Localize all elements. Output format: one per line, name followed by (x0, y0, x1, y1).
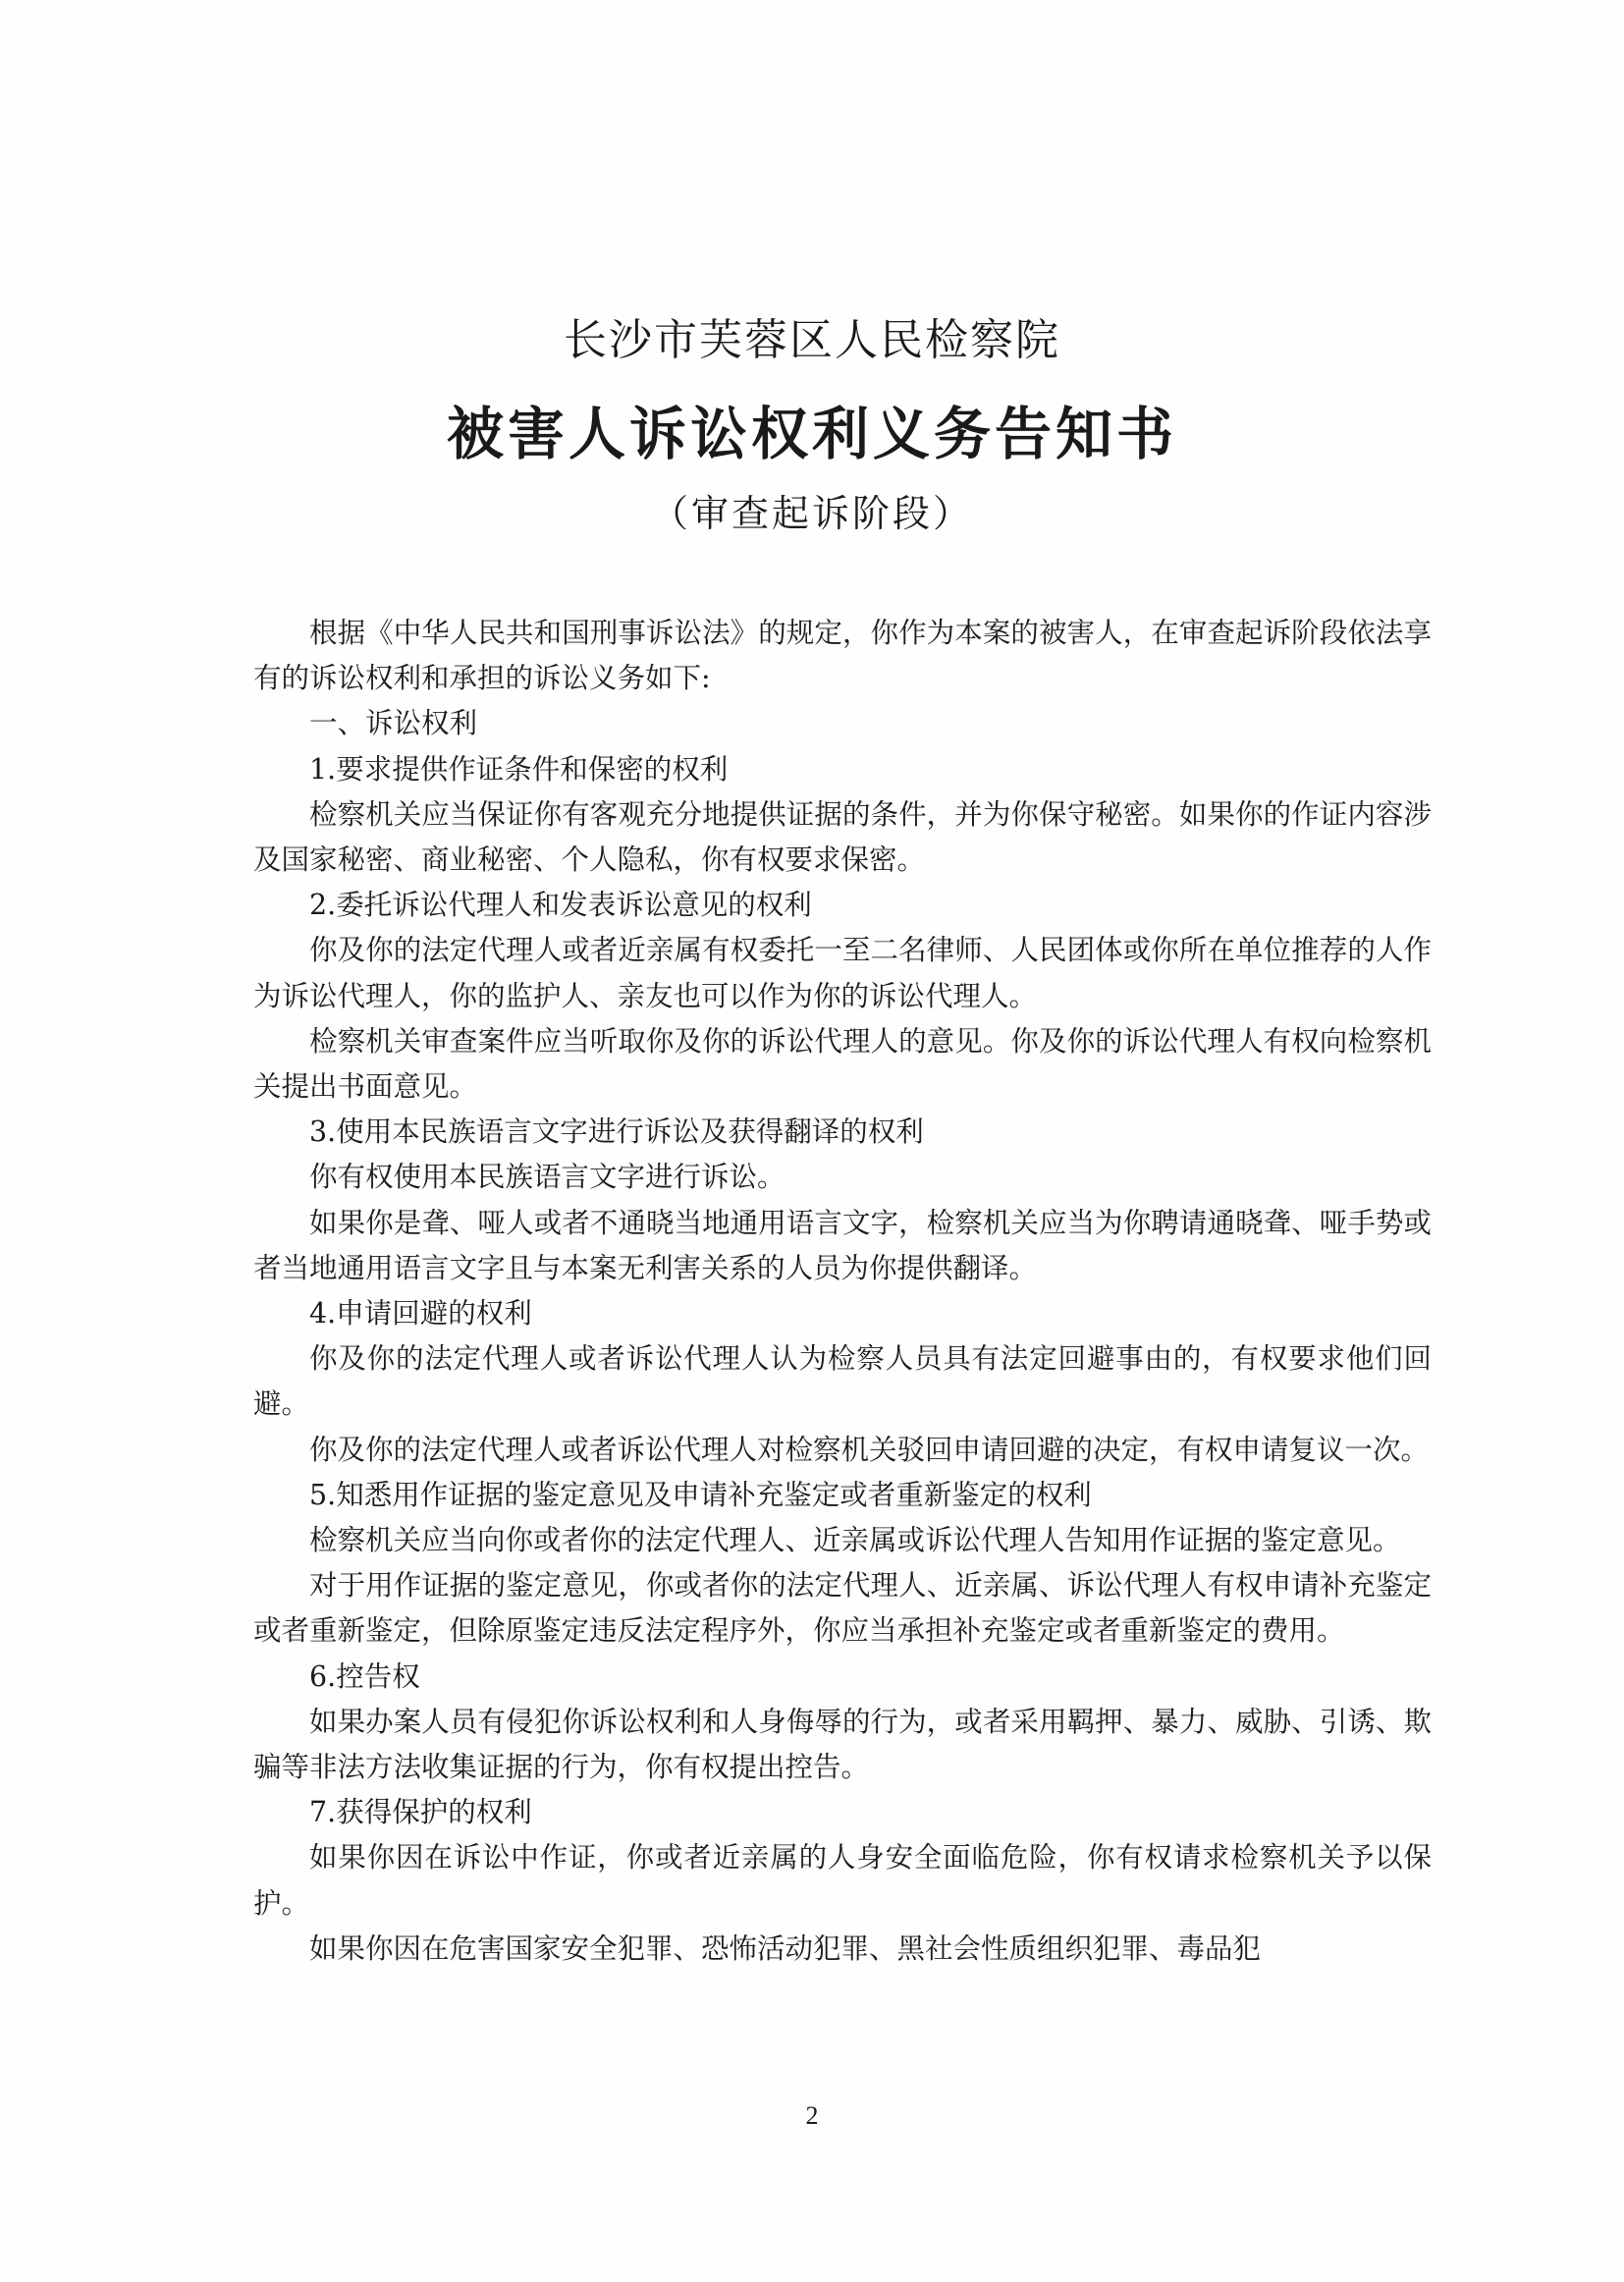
section-heading: 一、诉讼权利 (253, 701, 1432, 746)
paragraph: 检察机关应当向你或者你的法定代理人、近亲属或诉讼代理人告知用作证据的鉴定意见。 (253, 1518, 1432, 1563)
item-heading: 4.申请回避的权利 (253, 1291, 1432, 1336)
paragraph: 如果办案人员有侵犯你诉讼权利和人身侮辱的行为，或者采用羁押、暴力、威胁、引诱、欺… (253, 1700, 1432, 1790)
paragraph: 如果你是聋、哑人或者不通晓当地通用语言文字，检察机关应当为你聘请通晓聋、哑手势或… (253, 1201, 1432, 1291)
document-subtitle: （审查起诉阶段） (0, 483, 1624, 537)
document-page: 长沙市芙蓉区人民检察院 被害人诉讼权利义务告知书 （审查起诉阶段） 根据《中华人… (0, 0, 1624, 2282)
document-body: 根据《中华人民共和国刑事诉讼法》的规定，你作为本案的被害人，在审查起诉阶段依法享… (253, 611, 1432, 1972)
document-title: 被害人诉讼权利义务告知书 (0, 388, 1624, 470)
item-heading: 5.知悉用作证据的鉴定意见及申请补充鉴定或者重新鉴定的权利 (253, 1473, 1432, 1518)
paragraph: 如果你因在诉讼中作证，你或者近亲属的人身安全面临危险，你有权请求检察机关予以保护… (253, 1835, 1432, 1926)
paragraph: 你及你的法定代理人或者诉讼代理人认为检察人员具有法定回避事由的，有权要求他们回避… (253, 1336, 1432, 1427)
item-heading: 3.使用本民族语言文字进行诉讼及获得翻译的权利 (253, 1110, 1432, 1155)
item-heading: 2.委托诉讼代理人和发表诉讼意见的权利 (253, 883, 1432, 928)
paragraph: 检察机关审查案件应当听取你及你的诉讼代理人的意见。你及你的诉讼代理人有权向检察机… (253, 1019, 1432, 1110)
paragraph: 你及你的法定代理人或者近亲属有权委托一至二名律师、人民团体或你所在单位推荐的人作… (253, 928, 1432, 1018)
item-heading: 7.获得保护的权利 (253, 1790, 1432, 1835)
page-number: 2 (0, 2101, 1624, 2131)
organization-title: 长沙市芙蓉区人民检察院 (0, 304, 1624, 367)
paragraph: 对于用作证据的鉴定意见，你或者你的法定代理人、近亲属、诉讼代理人有权申请补充鉴定… (253, 1563, 1432, 1654)
item-heading: 1.要求提供作证条件和保密的权利 (253, 747, 1432, 792)
item-heading: 6.控告权 (253, 1655, 1432, 1700)
paragraph: 检察机关应当保证你有客观充分地提供证据的条件，并为你保守秘密。如果你的作证内容涉… (253, 792, 1432, 883)
paragraph: 如果你因在危害国家安全犯罪、恐怖活动犯罪、黑社会性质组织犯罪、毒品犯 (253, 1927, 1432, 1972)
paragraph: 你及你的法定代理人或者诉讼代理人对检察机关驳回申请回避的决定，有权申请复议一次。 (253, 1428, 1432, 1473)
intro-paragraph: 根据《中华人民共和国刑事诉讼法》的规定，你作为本案的被害人，在审查起诉阶段依法享… (253, 611, 1432, 701)
paragraph: 你有权使用本民族语言文字进行诉讼。 (253, 1155, 1432, 1200)
